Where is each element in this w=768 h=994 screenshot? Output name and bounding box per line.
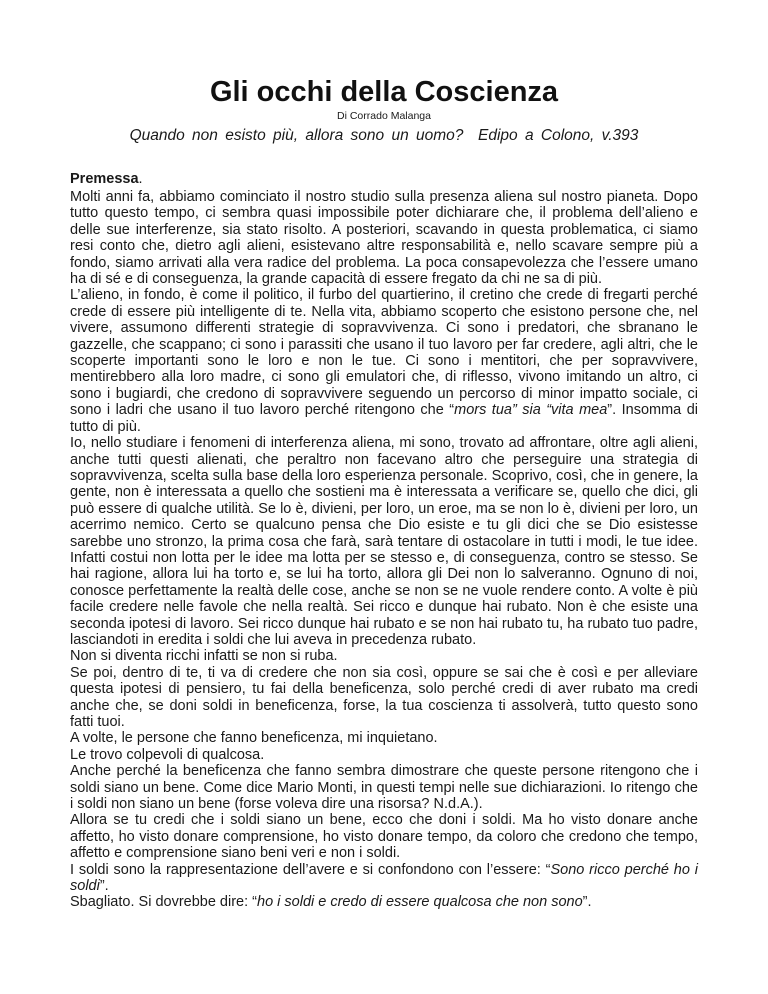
document-title: Gli occhi della Coscienza bbox=[70, 76, 698, 108]
paragraph-segment: Anche perché la beneficenza che fanno se… bbox=[70, 763, 698, 812]
paragraph-segment: ”. bbox=[100, 878, 109, 894]
paragraph: Io, nello studiare i fenomeni di interfe… bbox=[70, 435, 698, 648]
document-body: Molti anni fa, abbiamo cominciato il nos… bbox=[70, 189, 698, 911]
document-epigraph: Quando non esisto più, allora sono un uo… bbox=[70, 126, 698, 145]
paragraph-segment: Sbagliato. Si dovrebbe dire: “ bbox=[70, 894, 257, 910]
paragraph-segment: Non si diventa ricchi infatti se non si … bbox=[70, 648, 338, 664]
paragraph: Anche perché la beneficenza che fanno se… bbox=[70, 763, 698, 812]
paragraph-italic-segment: mors tua” sia “vita mea bbox=[454, 402, 607, 418]
paragraph: I soldi sono la rappresentazione dell’av… bbox=[70, 862, 698, 895]
paragraph: Non si diventa ricchi infatti se non si … bbox=[70, 648, 698, 664]
paragraph: L’alieno, in fondo, è come il politico, … bbox=[70, 287, 698, 435]
paragraph: A volte, le persone che fanno beneficenz… bbox=[70, 730, 698, 746]
paragraph: Le trovo colpevoli di qualcosa. bbox=[70, 747, 698, 763]
paragraph-segment: ”. bbox=[583, 894, 592, 910]
paragraph-segment: A volte, le persone che fanno beneficenz… bbox=[70, 730, 438, 746]
paragraph-segment: Molti anni fa, abbiamo cominciato il nos… bbox=[70, 189, 698, 287]
paragraph: Molti anni fa, abbiamo cominciato il nos… bbox=[70, 189, 698, 287]
paragraph-segment: L’alieno, in fondo, è come il politico, … bbox=[70, 287, 698, 418]
paragraph-segment: Le trovo colpevoli di qualcosa. bbox=[70, 747, 264, 763]
paragraph-segment: I soldi sono la rappresentazione dell’av… bbox=[70, 862, 550, 878]
paragraph-segment: Allora se tu credi che i soldi siano un … bbox=[70, 812, 698, 861]
paragraph-segment: Io, nello studiare i fenomeni di interfe… bbox=[70, 435, 698, 648]
paragraph: Sbagliato. Si dovrebbe dire: “ho i soldi… bbox=[70, 894, 698, 910]
section-heading: Premessa. bbox=[70, 171, 698, 188]
paragraph-segment: Se poi, dentro di te, ti va di credere c… bbox=[70, 665, 698, 730]
paragraph-italic-segment: ho i soldi e credo di essere qualcosa ch… bbox=[257, 894, 583, 910]
section-heading-text: Premessa bbox=[70, 171, 139, 187]
document-byline: Di Corrado Malanga bbox=[70, 110, 698, 123]
paragraph: Allora se tu credi che i soldi siano un … bbox=[70, 812, 698, 861]
document-page: Gli occhi della Coscienza Di Corrado Mal… bbox=[0, 0, 768, 994]
paragraph: Se poi, dentro di te, ti va di credere c… bbox=[70, 665, 698, 731]
section-heading-period: . bbox=[139, 171, 143, 187]
